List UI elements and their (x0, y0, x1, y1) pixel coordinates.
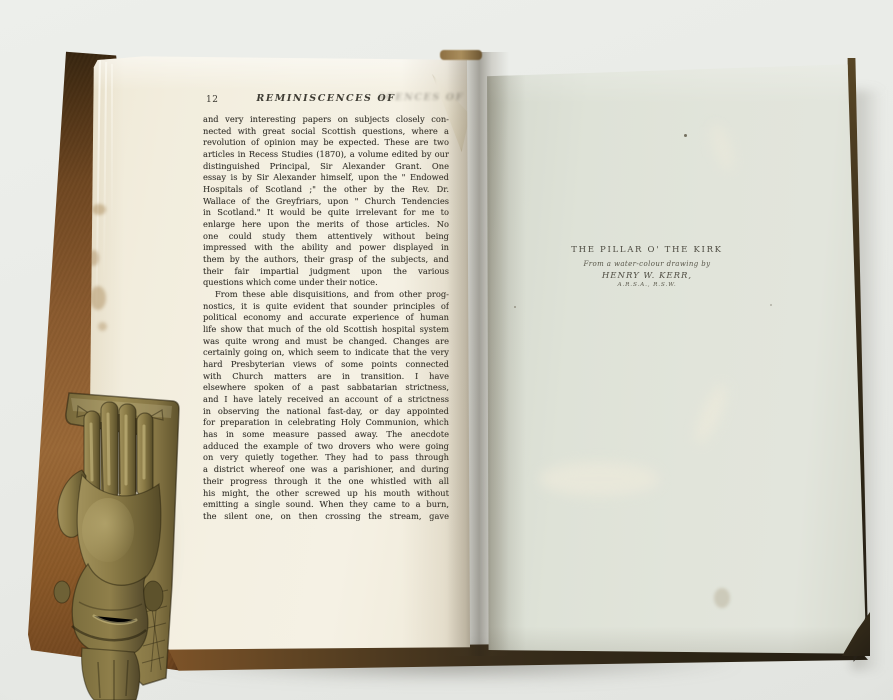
body-text-line: a district whereof one was a parishioner… (203, 464, 449, 476)
tissue-light-patch (539, 462, 659, 496)
body-text-line: with Church matters are in transition. I… (203, 371, 449, 383)
right-tissue-page: THE PILLAR O' THE KIRK From a water-colo… (484, 62, 866, 656)
plate-title: THE PILLAR O' THE KIRK (484, 245, 810, 255)
brass-hand-page-clip-icon (46, 380, 186, 700)
foxing-stain (90, 286, 106, 310)
body-text-line: Hospitals of Scotland ;" the other by th… (203, 184, 449, 196)
body-text-line: distinguished Principal, Sir Alexander G… (203, 161, 449, 173)
plate-caption: THE PILLAR O' THE KIRK From a water-colo… (484, 245, 810, 288)
foxing-stain (92, 204, 106, 215)
body-text-line: certainly going on, which seem to indica… (203, 347, 449, 359)
foxing-stain (98, 322, 107, 331)
body-text-line: one could study them attentively without… (203, 231, 449, 243)
page-number: 12 (206, 95, 218, 105)
clip-lower-arm (82, 648, 140, 700)
spine-top-edge (440, 50, 482, 60)
body-text-line: nostics, it is quite evident that sounde… (203, 301, 449, 313)
plate-artist: HENRY W. KERR, (484, 271, 810, 281)
body-text-line: their fair impartial judgment upon the v… (203, 266, 449, 278)
body-text-block: and very interesting papers on subjects … (203, 114, 449, 523)
body-text-line: his might, the other screwed up his mout… (203, 488, 449, 500)
body-text-line: in Scotland." It would be quite irreleva… (203, 207, 449, 219)
body-text-line: revolution of opinion may be expected. T… (203, 137, 449, 149)
plate-artist-credentials: A.R.S.A., R.S.W. (484, 282, 810, 288)
speck (514, 306, 516, 308)
body-text-line: Wallace of the Greyfriars, upon " Church… (203, 196, 449, 208)
body-text-line: enlarge here upon the merits of those ar… (203, 219, 449, 231)
running-header: REMINISCENCES OF (203, 93, 449, 104)
plate-subtitle: From a water-colour drawing by (484, 260, 810, 268)
body-text-line: for preparation in celebrating Holy Comm… (203, 417, 449, 429)
body-text-line: has in some measure passed away. The ane… (203, 429, 449, 441)
body-text-line: them by the authors, their grasp of the … (203, 254, 449, 266)
clip-lug-left (54, 581, 70, 603)
body-text-line: essay is by Sir Alexander himself, upon … (203, 172, 449, 184)
body-text-line: elsewhere spoken of a past sabbatarian s… (203, 382, 449, 394)
body-text-line: in observing the national fast-day, or d… (203, 406, 449, 418)
body-text-line: impressed with the ability and power dis… (203, 242, 449, 254)
page-edge-line (103, 62, 107, 282)
tissue-light-patch (690, 381, 732, 447)
body-text-line: hard Presbyterian views of some points c… (203, 359, 449, 371)
page-edge-line (111, 64, 113, 234)
body-text-line: and very interesting papers on subjects … (203, 114, 449, 126)
book-photograph: 12 REMINISCENCES OF REMINISCENCES OF and… (0, 0, 893, 700)
page-edge-line (95, 60, 101, 330)
body-text-line: their progress through it the one whistl… (203, 476, 449, 488)
body-text-line: life show that much of the old Scottish … (203, 324, 449, 336)
stain (714, 588, 730, 608)
body-text-line: was quite wrong and must be changed. Cha… (203, 336, 449, 348)
body-text-line: political economy and accurate experienc… (203, 312, 449, 324)
body-text-line: on very quietly together. They had to pa… (203, 452, 449, 464)
body-text-line: the silent one, on then crossing the str… (203, 511, 449, 523)
body-text-line: articles in Recess Studies (1870), a vol… (203, 149, 449, 161)
speck (684, 134, 687, 137)
body-text-line: questions which come under their notice. (203, 277, 449, 289)
tissue-light-patch (707, 121, 738, 173)
body-text-line: and I have lately received an account of… (203, 394, 449, 406)
body-text-line: nected with great social Scottish questi… (203, 126, 449, 138)
speck (770, 304, 772, 306)
body-text-line: From these able disquisitions, and from … (203, 289, 449, 301)
body-text-line: adduced the example of two drovers who w… (203, 441, 449, 453)
body-text-line: emitting a single sound. When they came … (203, 499, 449, 511)
book-gutter-shadow (447, 52, 509, 656)
